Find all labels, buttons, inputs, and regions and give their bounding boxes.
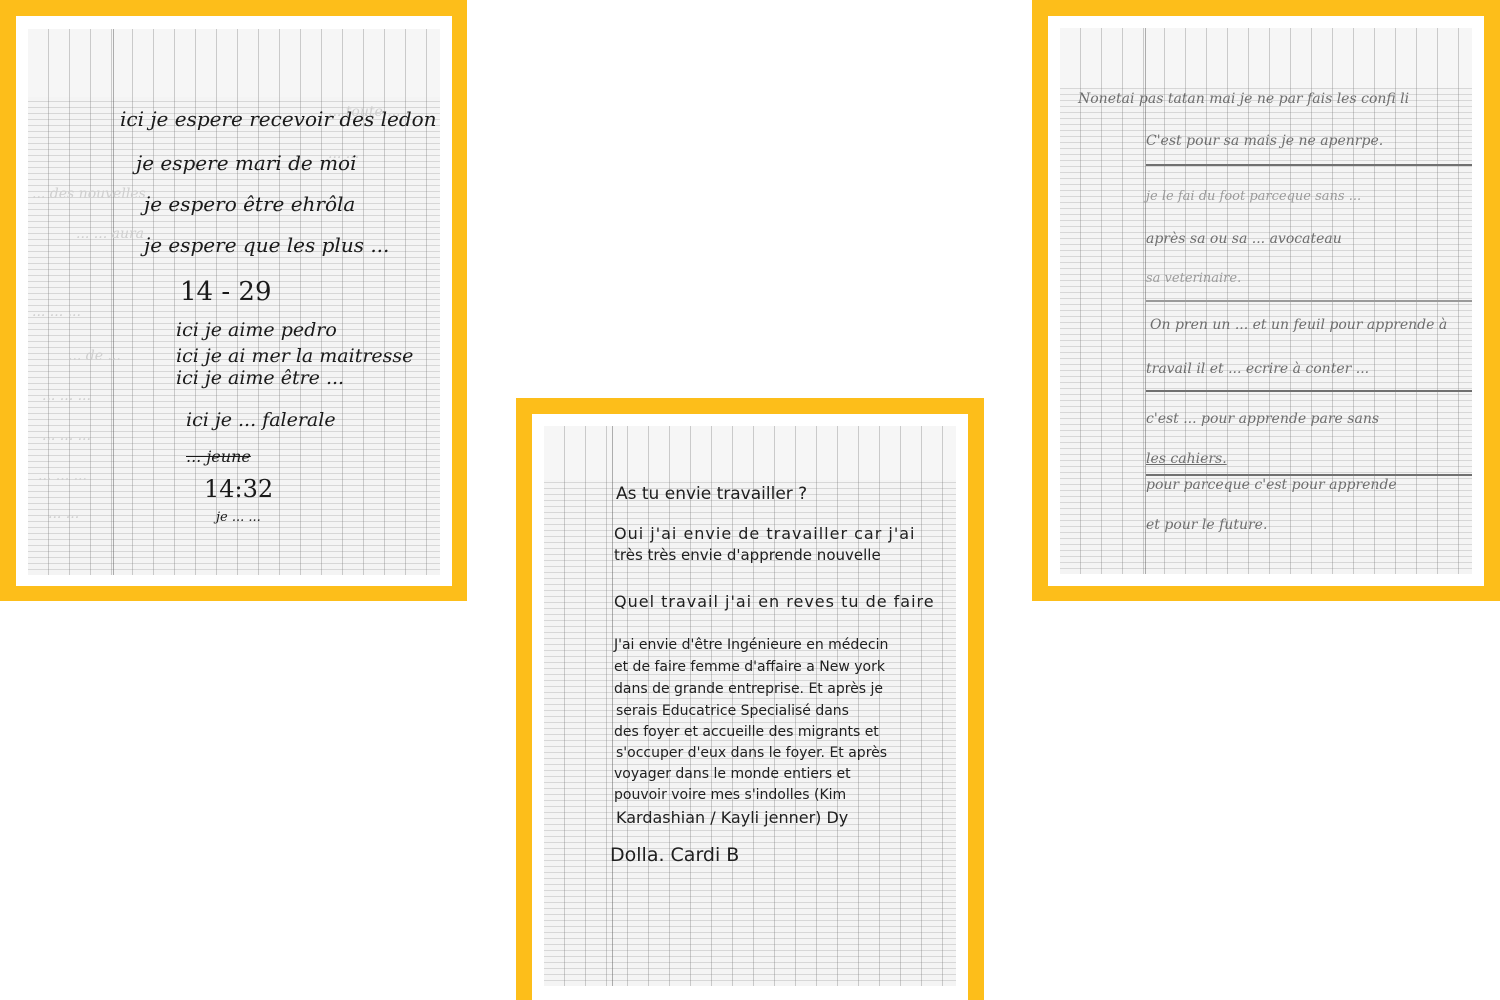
document-mat-right: Nonetai pas tatan mai je ne par fais les…	[1048, 16, 1484, 586]
handwritten-line: je espere que les plus ...	[144, 235, 389, 255]
handwritten-line-struck: ... jeune	[186, 449, 251, 465]
bleed-through-text: ... ... ...	[42, 389, 91, 403]
handwritten-line: s'occuper d'eux dans le foyer. Et après	[616, 746, 887, 760]
handwritten-line: je espero être ehrôla	[144, 194, 355, 214]
handwritten-line: Kardashian / Kayli jenner) Dy	[616, 810, 848, 826]
handwritten-line: travail il et ... ecrire à conter ...	[1146, 362, 1369, 376]
handwritten-time: 14:32	[204, 477, 273, 501]
signature: Dolla. Cardi B	[610, 846, 739, 865]
divider-line	[1146, 164, 1472, 166]
handwritten-line: ici je aime pedro	[176, 321, 337, 340]
handwritten-line: ici je aime être ...	[176, 369, 344, 388]
bleed-through-text: ... ... ...	[38, 469, 87, 483]
notebook-page-right: Nonetai pas tatan mai je ne par fais les…	[1060, 28, 1472, 574]
bleed-through-text: ... ... ...	[42, 429, 91, 443]
divider-line	[1146, 300, 1472, 302]
question-heading: Quel travail j'ai en reves tu de faire	[614, 594, 935, 610]
question-heading: As tu envie travailler ?	[616, 486, 807, 503]
divider-line	[1146, 390, 1472, 392]
handwritten-line: et pour le future.	[1146, 518, 1267, 532]
handwritten-line: pouvoir voire mes s'indolles (Kim	[614, 788, 846, 802]
handwritten-line: je espere mari de moi	[136, 153, 357, 173]
handwritten-line: les cahiers.	[1146, 452, 1227, 466]
handwritten-line: C'est pour sa mais je ne apenrpe.	[1146, 134, 1383, 148]
handwritten-line: je le fai du foot parceque sans ...	[1146, 190, 1361, 203]
handwritten-line: des foyer et accueille des migrants et	[614, 725, 879, 739]
handwritten-line: dans de grande entreprise. Et après je	[614, 682, 883, 696]
handwritten-line: Oui j'ai envie de travailler car j'ai	[614, 526, 916, 542]
bleed-through-text: ... de ...	[68, 349, 121, 363]
handwritten-time: 14 - 29	[180, 279, 271, 305]
handwritten-line: sa veterinaire.	[1146, 272, 1241, 285]
handwritten-line: serais Educatrice Specialisé dans	[616, 704, 849, 718]
handwritten-line: je ... ...	[216, 511, 261, 524]
document-frame-middle: As tu envie travailler ? Oui j'ai envie …	[516, 398, 984, 1000]
document-mat-middle: As tu envie travailler ? Oui j'ai envie …	[532, 414, 968, 1000]
notebook-page-middle: As tu envie travailler ? Oui j'ai envie …	[544, 426, 956, 986]
handwritten-line: J'ai envie d'être Ingénieure en médecin	[614, 638, 888, 652]
notebook-page-left: ... toute ... ... ... ... des nouvelles …	[28, 29, 440, 575]
handwritten-line: pour parceque c'est pour apprende	[1146, 478, 1397, 492]
handwritten-line: ici je espere recevoir des ledon	[120, 109, 437, 129]
document-frame-left: ... toute ... ... ... ... des nouvelles …	[0, 0, 467, 601]
document-frame-right: Nonetai pas tatan mai je ne par fais les…	[1032, 0, 1500, 601]
handwritten-line: On pren un ... et un feuil pour apprende…	[1150, 318, 1447, 332]
handwritten-line: et de faire femme d'affaire a New york	[614, 660, 885, 674]
bleed-through-text: ... ...	[48, 507, 79, 521]
handwritten-line: Nonetai pas tatan mai je ne par fais les…	[1078, 92, 1409, 106]
divider-line	[1146, 474, 1472, 476]
handwritten-line: voyager dans le monde entiers et	[614, 767, 851, 781]
handwritten-line: après sa ou sa ... avocateau	[1146, 232, 1342, 246]
document-mat-left: ... toute ... ... ... ... des nouvelles …	[16, 16, 452, 586]
handwritten-line: ici je ... falerale	[186, 411, 336, 430]
bleed-through-text: ... ... ...	[32, 305, 81, 319]
handwritten-line: c'est ... pour apprende pare sans	[1146, 412, 1379, 426]
handwritten-line: très très envie d'apprende nouvelle	[614, 548, 881, 563]
bleed-through-text: ... ... aura	[76, 227, 144, 241]
handwritten-line: ici je ai mer la maitresse	[176, 347, 413, 366]
bleed-through-text: ... des nouvelles	[32, 187, 146, 201]
